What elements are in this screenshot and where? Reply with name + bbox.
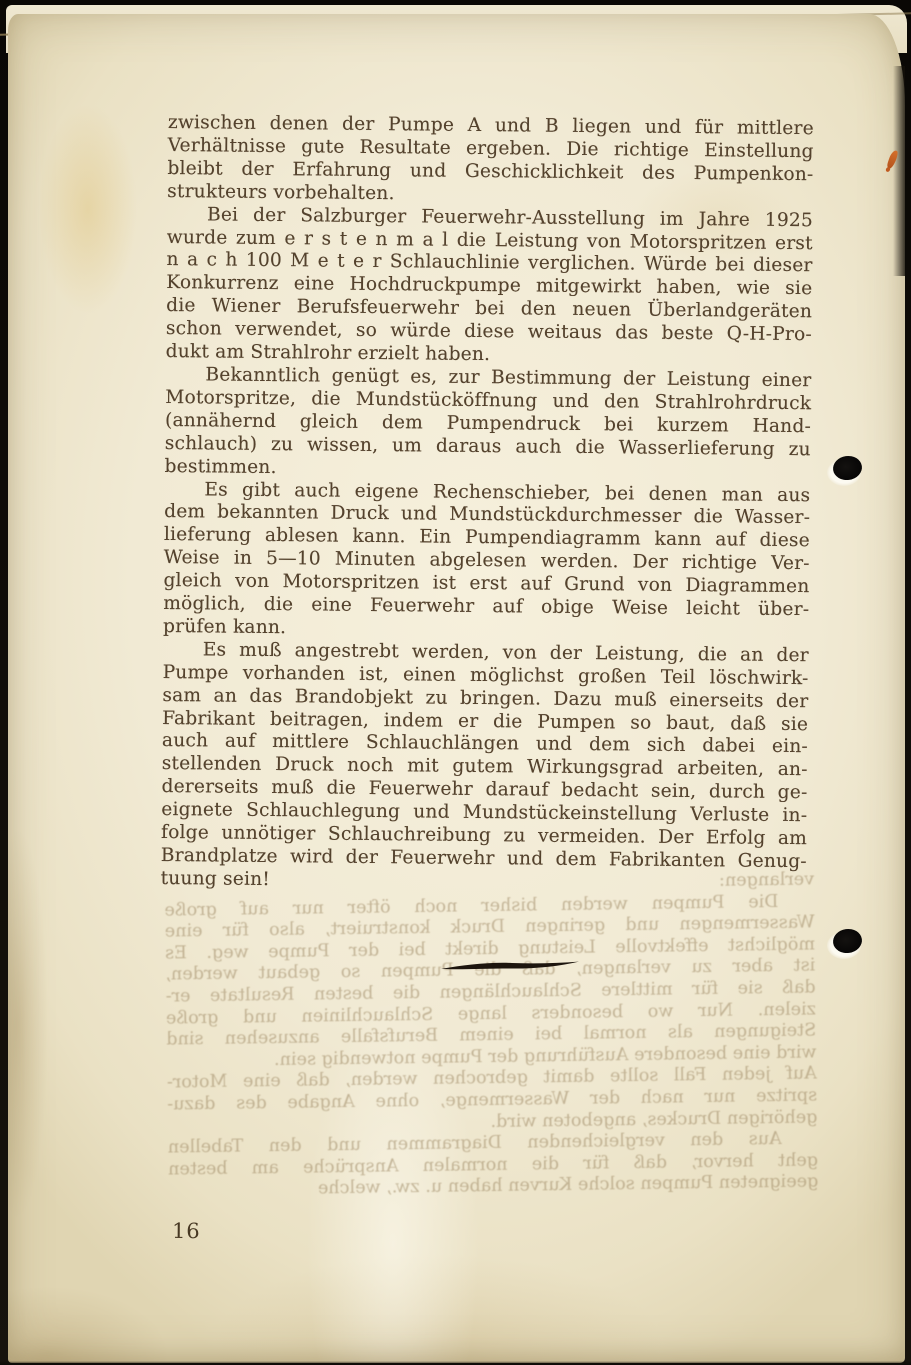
scanned-book-page: zwischen denen der Pumpe A und B liegen …: [0, 0, 911, 1365]
punch-hole-icon: [831, 456, 862, 482]
divider-rule-icon: [440, 956, 580, 974]
show-through-text: verlangen:Die Pumpen werden bisher noch …: [164, 869, 818, 1202]
scan-bottom-edge: [0, 1361, 911, 1365]
punch-hole-icon: [831, 929, 862, 955]
body-text: zwischen denen der Pumpe A und B liegen …: [161, 112, 814, 897]
page-number: 16: [172, 1219, 201, 1243]
page-edge-shadow: [890, 66, 905, 276]
book-page-paper: zwischen denen der Pumpe A und B liegen …: [8, 14, 905, 1363]
